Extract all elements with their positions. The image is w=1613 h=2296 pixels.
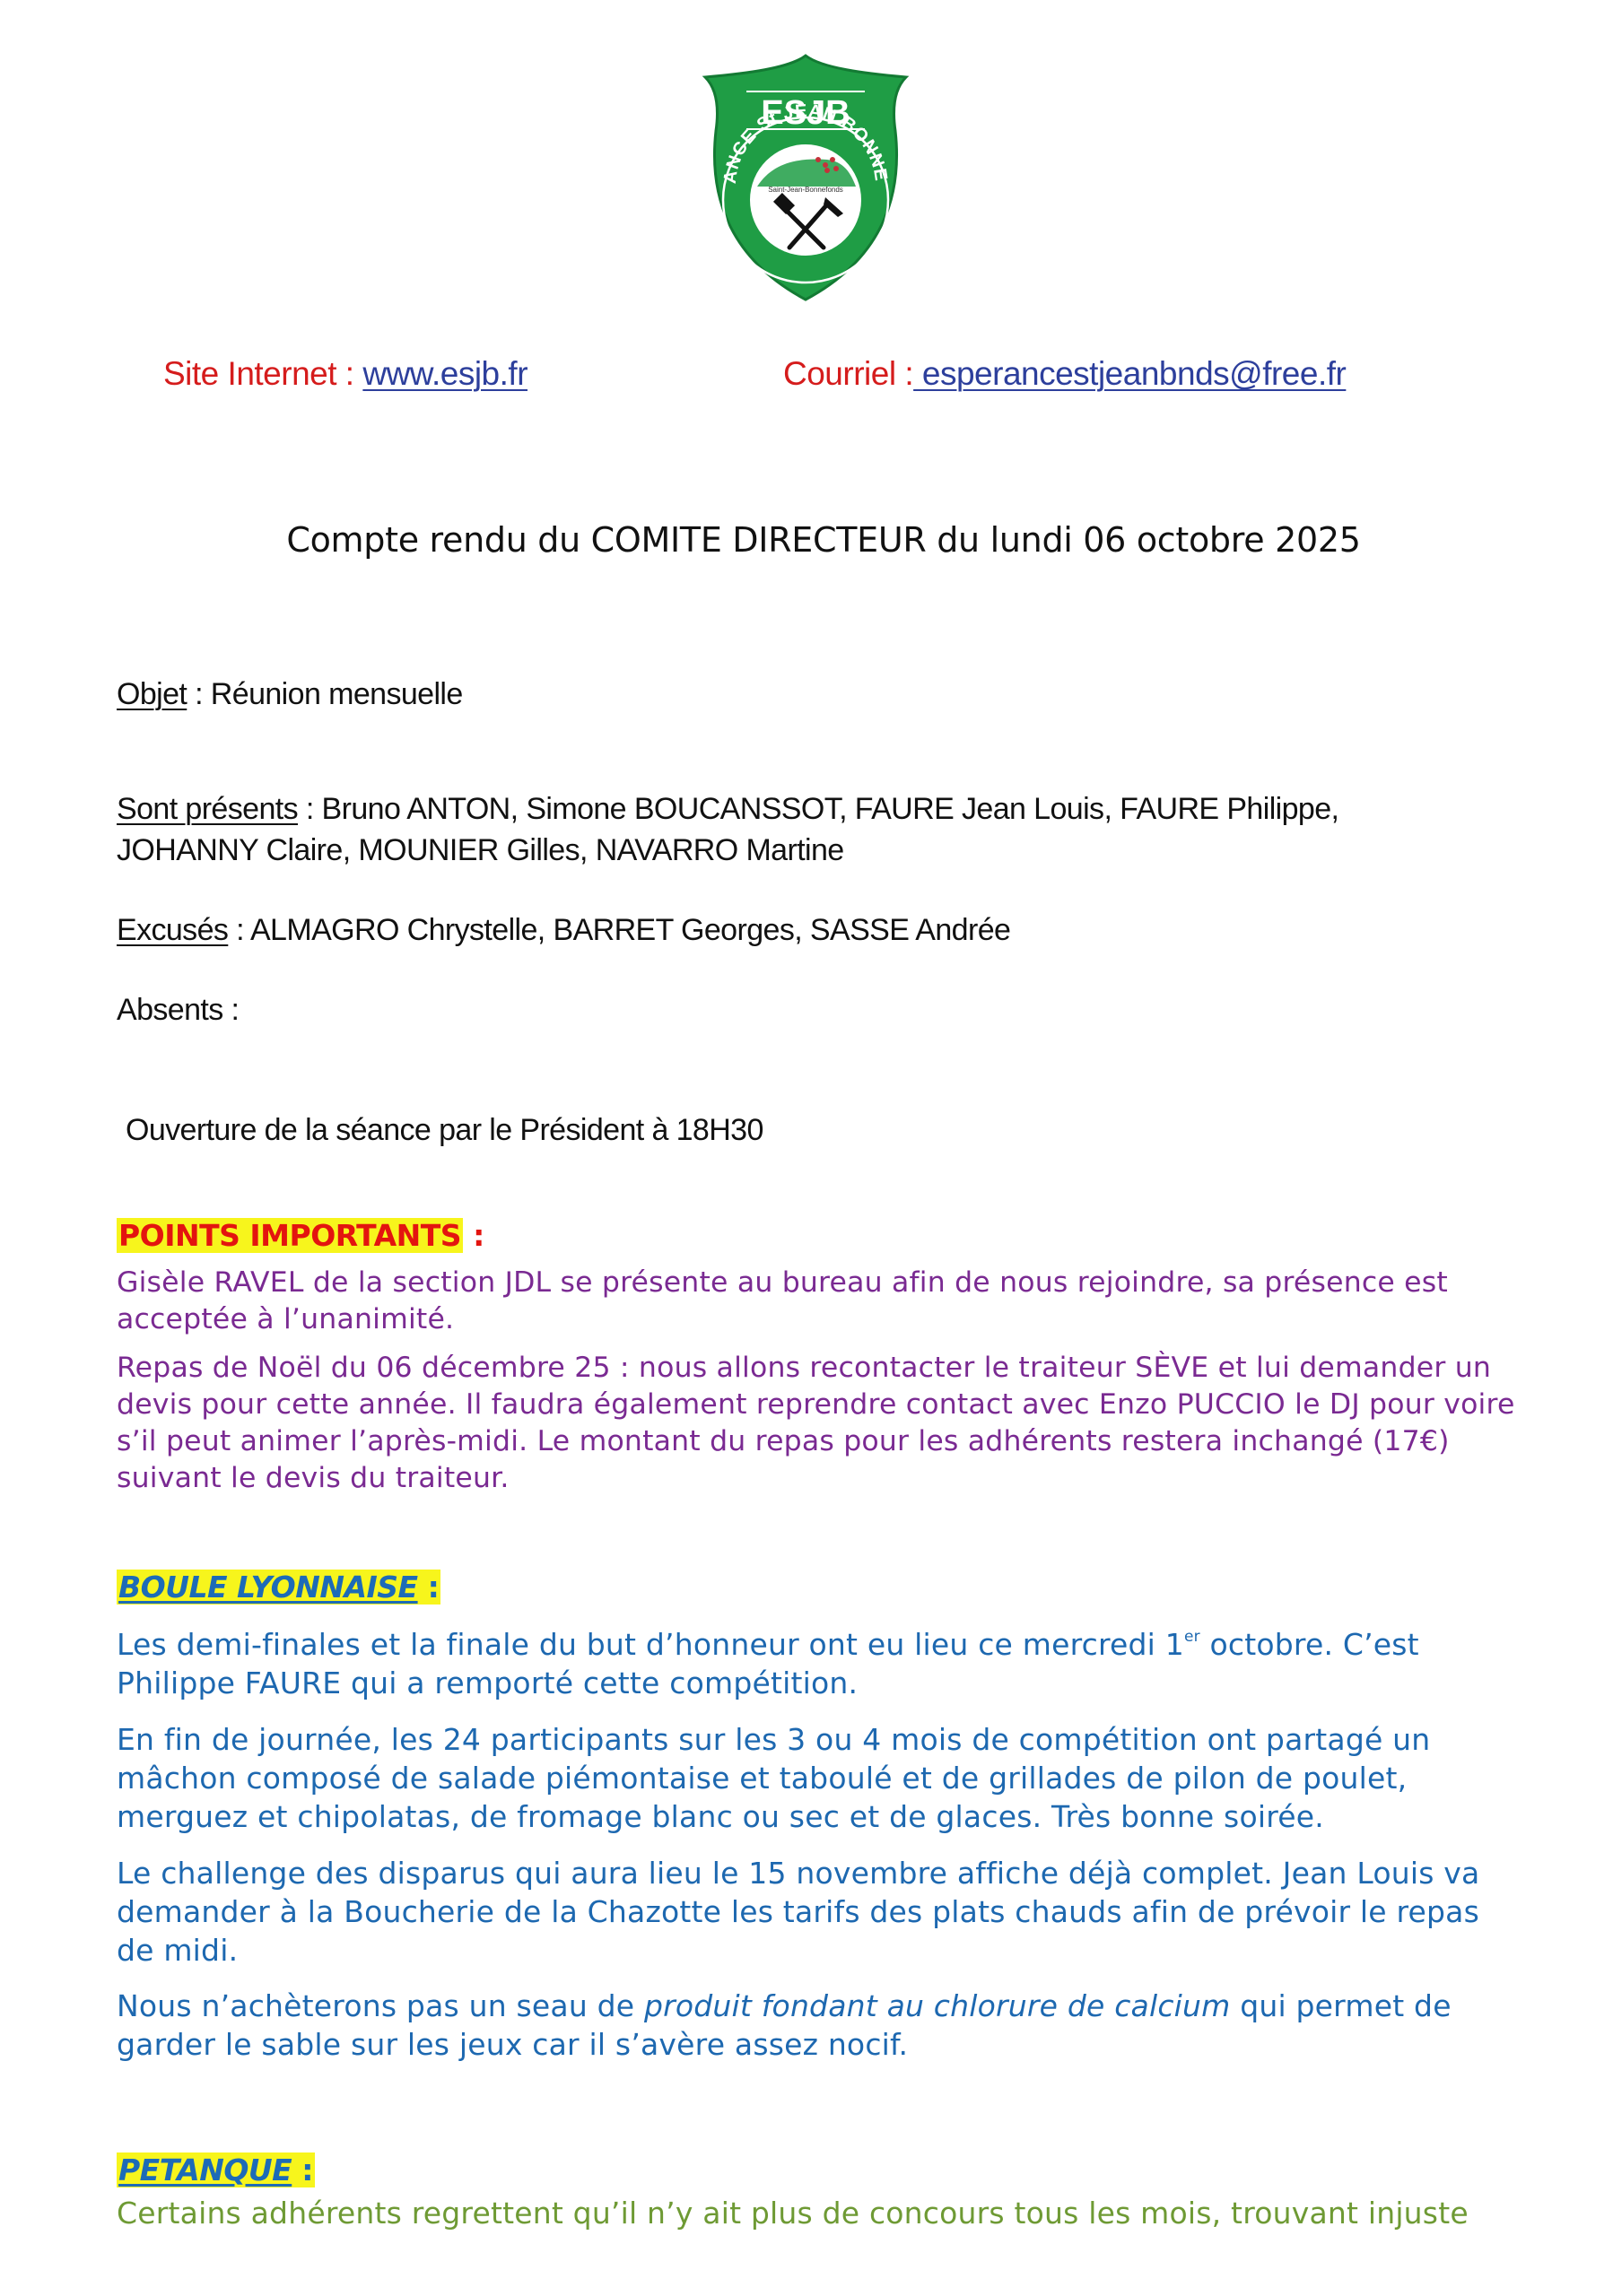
presents-value-2: JOHANNY Claire, MOUNIER Gilles, NAVARRO … [117, 833, 844, 867]
objet-value: : Réunion mensuelle [187, 677, 462, 711]
presents-line-2: JOHANNY Claire, MOUNIER Gilles, NAVARRO … [117, 831, 844, 870]
boule-lyonnaise-paragraph-3: Le challenge des disparus qui aura lieu … [117, 1854, 1525, 1970]
email-line: Courriel : esperancestjeanbnds@free.fr [783, 355, 1346, 393]
email-link[interactable]: esperancestjeanbnds@free.fr [913, 355, 1346, 392]
boule-lyonnaise-paragraph-2: En fin de journée, les 24 participants s… [117, 1720, 1525, 1836]
presents-label: Sont présents [117, 792, 298, 826]
excuses-label: Excusés [117, 913, 228, 947]
absents-label: Absents : [117, 993, 239, 1027]
website-label: Site Internet : [163, 355, 362, 392]
objet-line: Objet : Réunion mensuelle [117, 674, 463, 714]
excuses-line: Excusés : ALMAGRO Chrystelle, BARRET Geo… [117, 910, 1010, 950]
absents-line: Absents : [117, 990, 239, 1030]
opening-line: Ouverture de la séance par le Président … [126, 1110, 763, 1150]
boule-lyonnaise-heading: BOULE LYONNAISE : [117, 1568, 440, 1607]
petanque-paragraph-1: Certains adhérents regrettent qu’il n’y … [117, 2194, 1525, 2232]
boule-lyonnaise-paragraph-4: Nous n’achèterons pas un seau de produit… [117, 1987, 1525, 2064]
document-page: ESJB Saint-Jean-Bonnefonds ESPERANCE St … [0, 0, 1613, 2296]
email-label: Courriel : [783, 355, 913, 392]
points-importants-paragraph-2: Repas de Noël du 06 décembre 25 : nous a… [117, 1350, 1525, 1497]
presents-line: Sont présents : Bruno ANTON, Simone BOUC… [117, 789, 1338, 829]
petanque-heading: PETANQUE : [117, 2151, 315, 2190]
boule-lyonnaise-paragraph-1: Les demi-finales et la finale du but d’h… [117, 1625, 1525, 1702]
opening-text: Ouverture de la séance par le Président … [126, 1113, 763, 1147]
petanque-title: PETANQUE [118, 2152, 292, 2187]
excuses-value: : ALMAGRO Chrystelle, BARRET Georges, SA… [228, 913, 1010, 947]
esjb-club-logo: ESJB Saint-Jean-Bonnefonds ESPERANCE St … [693, 52, 919, 303]
svg-text:Saint-Jean-Bonnefonds: Saint-Jean-Bonnefonds [768, 186, 843, 194]
points-importants-paragraph-1: Gisèle RAVEL de la section JDL se présen… [117, 1265, 1525, 1338]
presents-value-1: : Bruno ANTON, Simone BOUCANSSOT, FAURE … [298, 792, 1338, 826]
website-line: Site Internet : www.esjb.fr [163, 355, 527, 393]
document-title: Compte rendu du COMITE DIRECTEUR du lund… [0, 520, 1613, 560]
objet-label: Objet [117, 677, 187, 711]
boule-lyonnaise-title: BOULE LYONNAISE [118, 1570, 418, 1605]
website-link[interactable]: www.esjb.fr [362, 355, 527, 392]
points-importants-heading: POINTS IMPORTANTS : [117, 1216, 484, 1256]
points-importants-title: POINTS IMPORTANTS [118, 1218, 461, 1253]
